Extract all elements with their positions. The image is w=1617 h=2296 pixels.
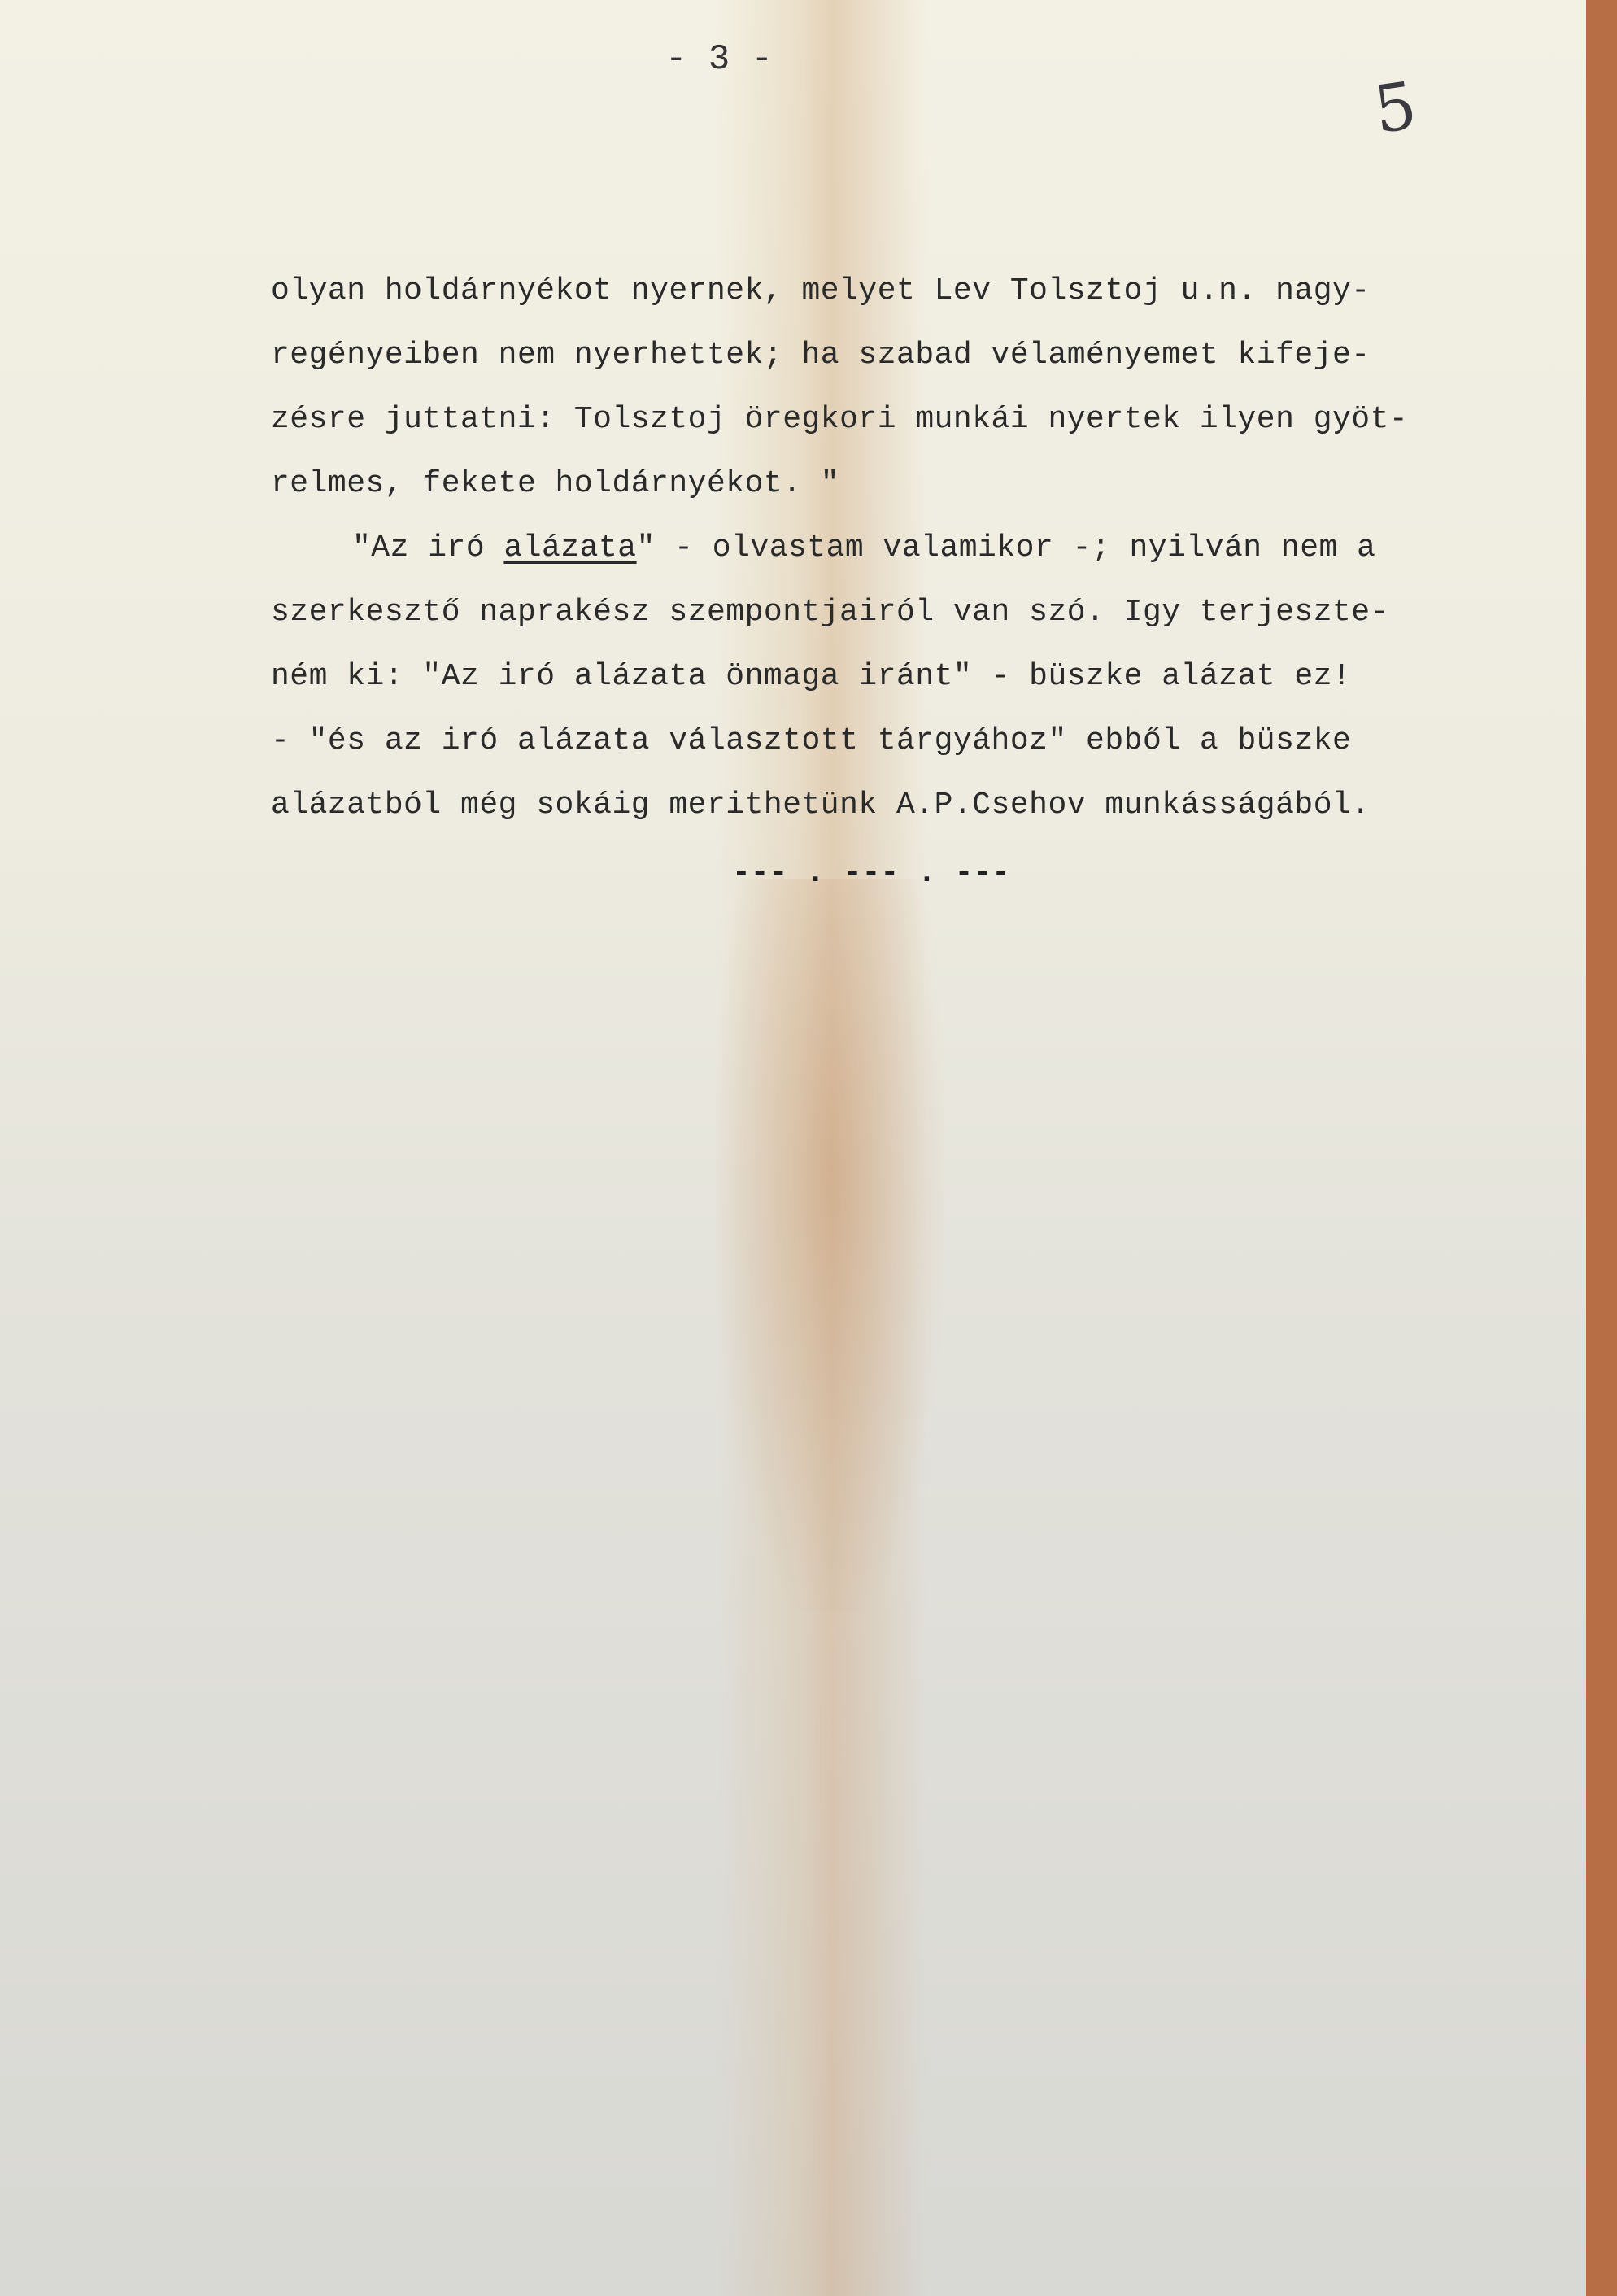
text-line: regényeiben nem nyerhettek; ha szabad vé… <box>271 323 1475 387</box>
text-line: - "és az iró alázata választott tárgyáho… <box>271 709 1475 773</box>
text-line: alázatból még sokáig merithetünk A.P.Cse… <box>271 773 1475 837</box>
document-page: - 3 - 5 olyan holdárnyékot nyernek, mely… <box>0 0 1586 2296</box>
text-line: zésre juttatni: Tolsztoj öregkori munkái… <box>271 387 1475 452</box>
section-separator: --- . --- . --- <box>732 856 1010 891</box>
text-fragment: " - olvastam valamikor -; nyilván nem a <box>637 530 1376 565</box>
text-line: ném ki: "Az iró alázata önmaga iránt" - … <box>271 644 1475 709</box>
body-text: olyan holdárnyékot nyernek, melyet Lev T… <box>271 259 1475 837</box>
text-line: relmes, fekete holdárnyékot. " <box>271 452 1475 516</box>
underlined-word: alázata <box>503 530 636 565</box>
page-number: - 3 - <box>665 39 773 80</box>
text-fragment: "Az iró <box>352 530 503 565</box>
text-line: "Az iró alázata" - olvastam valamikor -;… <box>271 516 1475 580</box>
handwritten-mark: 5 <box>1370 68 1421 148</box>
text-line: olyan holdárnyékot nyernek, melyet Lev T… <box>271 259 1475 323</box>
text-line: szerkesztő naprakész szempontjairól van … <box>271 580 1475 644</box>
